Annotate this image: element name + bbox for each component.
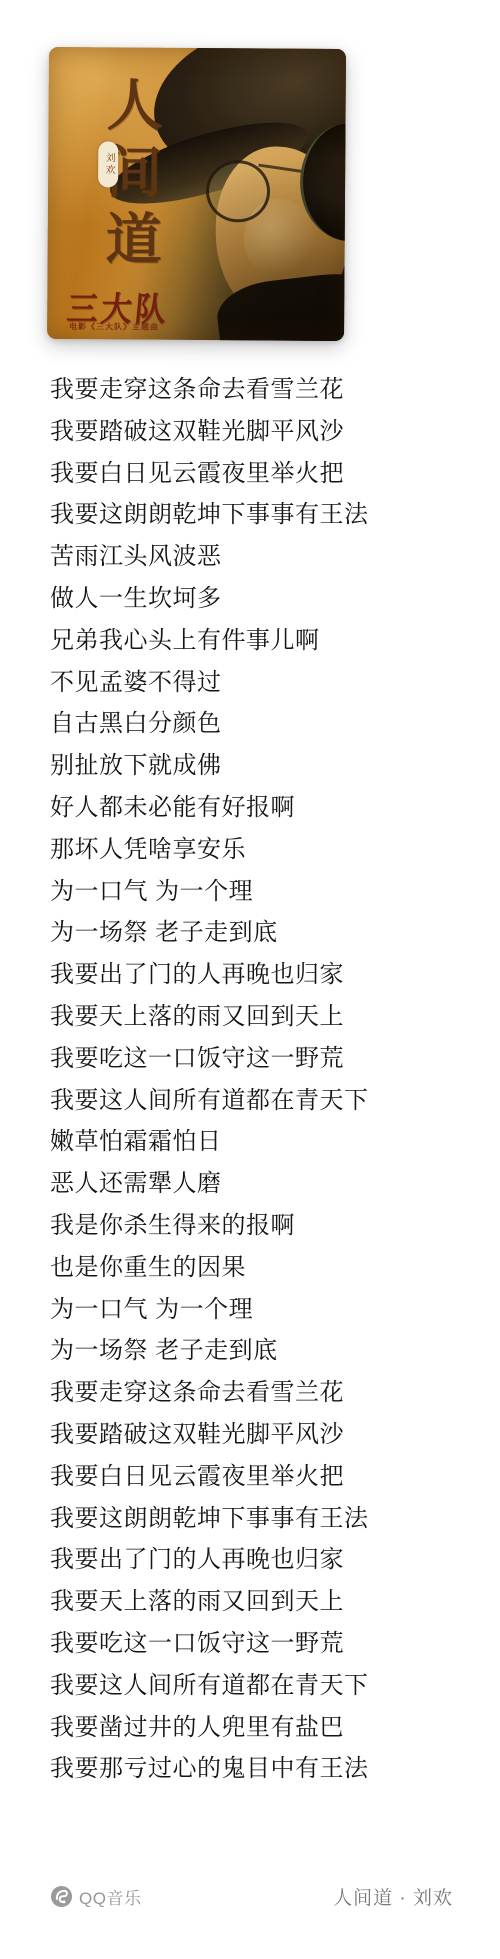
lyric-line: 我要走穿这条命去看雪兰花 xyxy=(50,1372,470,1414)
lyric-line: 我要吃这一口饭守这一野荒 xyxy=(50,1038,470,1080)
lyric-line: 我要白日见云霞夜里举火把 xyxy=(50,1456,470,1498)
lyric-line: 我要天上落的雨又回到天上 xyxy=(50,1581,470,1623)
lyric-line: 我要吃这一口饭守这一野荒 xyxy=(50,1623,470,1665)
lyric-line: 兄弟我心头上有件事儿啊 xyxy=(50,620,470,662)
lyric-line: 别扯放下就成佛 xyxy=(50,745,470,787)
lyric-line: 我要出了门的人再晚也归家 xyxy=(50,954,470,996)
lyric-line: 我要这人间所有道都在青天下 xyxy=(50,1080,470,1122)
lyric-line: 我是你杀生得来的报啊 xyxy=(50,1205,470,1247)
lyric-line: 我要这朗朗乾坤下事事有王法 xyxy=(50,494,470,536)
qq-music-icon xyxy=(50,1885,73,1908)
lyric-line: 不见孟婆不得过 xyxy=(50,662,470,704)
lyric-line: 也是你重生的因果 xyxy=(50,1247,470,1289)
lyric-line: 我要白日见云霞夜里举火把 xyxy=(50,453,470,495)
footer: QQ音乐 人间道 · 刘欢 xyxy=(50,1882,453,1910)
track-title: 人间道 · 刘欢 xyxy=(333,1883,453,1910)
lyric-line: 我要这朗朗乾坤下事事有王法 xyxy=(50,1498,470,1540)
lyric-line: 我要踏破这双鞋光脚平风沙 xyxy=(50,411,470,453)
brand-label: QQ音乐 xyxy=(79,1884,141,1909)
lyric-line: 为一场祭 老子走到底 xyxy=(50,912,470,954)
lyric-line: 那坏人凭啥享安乐 xyxy=(50,829,470,871)
artist-seal: 刘欢 xyxy=(98,141,118,187)
lyric-line: 为一口气 为一个理 xyxy=(50,1289,470,1331)
lyric-line: 我要凿过井的人兜里有盐巴 xyxy=(50,1707,470,1749)
lyric-line: 我要天上落的雨又回到天上 xyxy=(50,996,470,1038)
lyric-line: 我要那亏过心的鬼目中有王法 xyxy=(50,1748,470,1790)
lyric-line: 苦雨江头风波恶 xyxy=(50,536,470,578)
cover-title-calligraphy: 人间道 xyxy=(89,75,171,316)
lyric-line: 恶人还需犟人磨 xyxy=(50,1163,470,1205)
lyric-line: 我要走穿这条命去看雪兰花 xyxy=(50,369,470,411)
lyric-line: 我要踏破这双鞋光脚平风沙 xyxy=(50,1414,470,1456)
lyric-line: 我要出了门的人再晚也归家 xyxy=(50,1539,470,1581)
lyric-line: 好人都未必能有好报啊 xyxy=(50,787,470,829)
movie-subtitle: 电影《三大队》主题曲 xyxy=(69,321,159,333)
album-cover: 人间道 刘欢 三大队 电影《三大队》主题曲 xyxy=(47,47,346,341)
lyric-line: 做人一生坎坷多 xyxy=(50,578,470,620)
lyric-line: 我要这人间所有道都在青天下 xyxy=(50,1665,470,1707)
lyric-line: 嫩草怕霜霜怕日 xyxy=(50,1121,470,1163)
lyrics-list: 我要走穿这条命去看雪兰花我要踏破这双鞋光脚平风沙我要白日见云霞夜里举火把我要这朗… xyxy=(50,369,470,1790)
lyric-line: 为一场祭 老子走到底 xyxy=(50,1330,470,1372)
lyric-line: 自古黑白分颜色 xyxy=(50,703,470,745)
lyric-line: 为一口气 为一个理 xyxy=(50,871,470,913)
qq-music-brand: QQ音乐 xyxy=(50,1884,141,1909)
